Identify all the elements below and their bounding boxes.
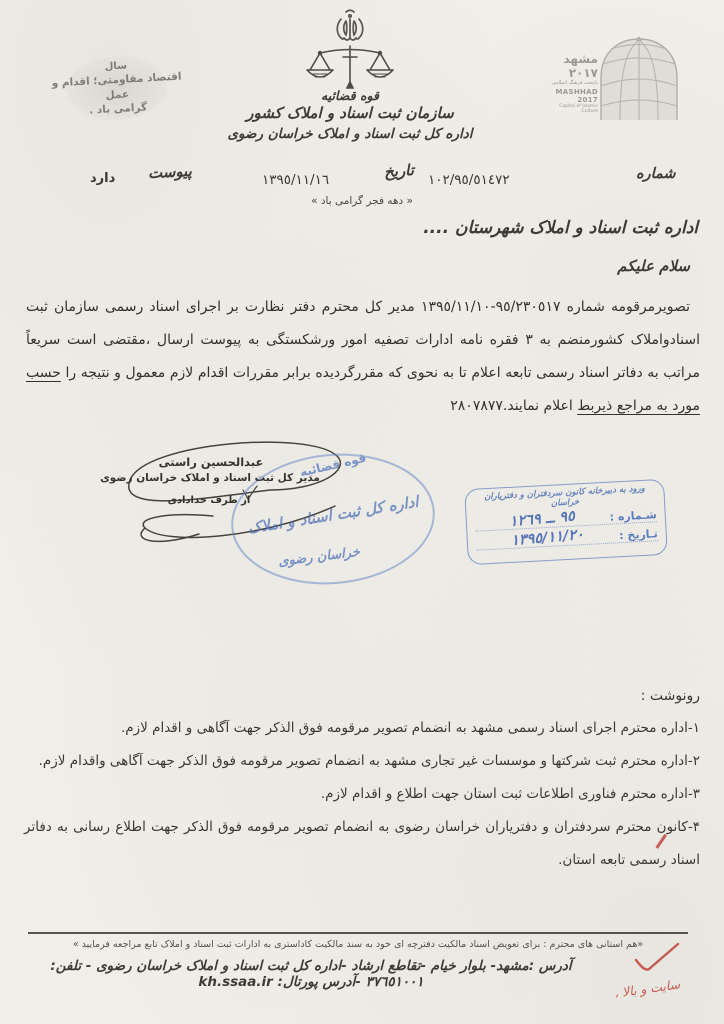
scales-of-justice-icon bbox=[300, 44, 400, 90]
letter-number-value: ١٠٢/٩٥/٥١٤٧٢ bbox=[428, 172, 510, 188]
entry-stamp-number-label: شـماره : bbox=[609, 508, 657, 523]
year-slogan-stamp: سال اقتصاد مقاومتی؛ اقدام و عمل گرامی با… bbox=[48, 43, 186, 134]
mashhad-logo-english: MASHHAD 2017 bbox=[544, 88, 598, 104]
footer-notice: «هم استانی های محترم : برای تعویض اسناد … bbox=[28, 939, 688, 950]
year-slogan-line2: اقتصاد مقاومتی؛ اقدام و عمل bbox=[49, 70, 184, 105]
letter-date-value: ١٣٩٥/١١/١٦ bbox=[262, 172, 329, 188]
salutation: سلام علیکم bbox=[617, 257, 690, 275]
header-department: اداره کل ثبت اسناد و املاک خراسان رضوی bbox=[202, 126, 498, 142]
signed-on-behalf: از طرف خدادادی bbox=[123, 495, 295, 506]
letter-body: تصویرمرقومه شماره ٩٥/٢٣٠٥١٧-١٣٩٥/١١/١٠ م… bbox=[26, 291, 700, 423]
secretariat-entry-stamp: ورود به دبیرخانه کانون سردفتران و دفتریا… bbox=[464, 479, 668, 565]
mashhad-logo-caption: Capital of Islamic Culture bbox=[544, 104, 598, 114]
attachment-label: پیوست bbox=[148, 162, 193, 182]
scanned-official-letter: { "year_stamp": { "line1": "سال", "line2… bbox=[0, 0, 724, 1024]
year-slogan-line3: گرامی باد . bbox=[89, 100, 148, 117]
copies-item-4: ۴-کانون محترم سردفتران و دفتریاران خراسا… bbox=[24, 811, 700, 877]
mashhad-2017-logo-text: مشهد ۲۰۱۷ پایتخت فرهنگ اسلامی MASHHAD 20… bbox=[544, 52, 598, 114]
copies-section: رونوشت : ١-اداره محترم اجرای اسناد رسمی … bbox=[24, 688, 700, 877]
red-checkmark-icon bbox=[628, 940, 684, 978]
copies-item-3: ٣-اداره محترم فناوری اطلاعات ثبت استان ج… bbox=[24, 778, 700, 811]
header-judiciary: قوه قضائیه bbox=[252, 88, 448, 103]
round-office-stamp: قوه قضائیه اداره کل ثبت اسناد و املاک خر… bbox=[226, 448, 440, 590]
year-slogan-line1: سال bbox=[104, 59, 127, 74]
iran-emblem-icon bbox=[331, 8, 369, 48]
signer-title: مدیر کل ثبت اسناد و املاک خراسان رضوی bbox=[90, 472, 330, 484]
footer-divider bbox=[28, 932, 688, 934]
mashhad-logo-subtitle: پایتخت فرهنگ اسلامی bbox=[544, 80, 598, 88]
copies-item-1: ١-اداره محترم اجرای اسناد رسمی مشهد به ا… bbox=[24, 712, 700, 745]
letter-date-label: تاریخ bbox=[383, 161, 414, 181]
fajr-decade-slogan: « دهه فجر گرامی باد » bbox=[252, 195, 472, 207]
copies-label: رونوشت : bbox=[24, 688, 700, 704]
signer-name: عبدالحسین راستی bbox=[113, 455, 309, 469]
entry-stamp-date-label: تـاریخ : bbox=[619, 527, 658, 542]
addressee-line: اداره ثبت اسناد و املاک شهرستان .... bbox=[423, 218, 698, 238]
letter-body-pre: تصویرمرقومه شماره ٩٥/٢٣٠٥١٧-١٣٩٥/١١/١٠ م… bbox=[26, 299, 700, 381]
footer-address: آدرس :مشهد- بلوار خیام -تقاطع ارشاد -ادا… bbox=[24, 958, 598, 990]
copies-item-2: ٢-اداره محترم ثبت شرکتها و موسسات غیر تج… bbox=[24, 745, 700, 778]
mashhad-2017-dome-icon bbox=[594, 34, 684, 120]
attachment-value: دارد bbox=[90, 171, 115, 186]
letter-body-post: اعلام نمایند.٢٨٠٧٨٧٧ bbox=[450, 398, 577, 414]
mashhad-logo-title: مشهد ۲۰۱۷ bbox=[544, 52, 598, 80]
header-organization: سازمان ثبت اسناد و املاک کشور bbox=[212, 104, 488, 122]
letter-number-label: شماره bbox=[636, 166, 676, 182]
